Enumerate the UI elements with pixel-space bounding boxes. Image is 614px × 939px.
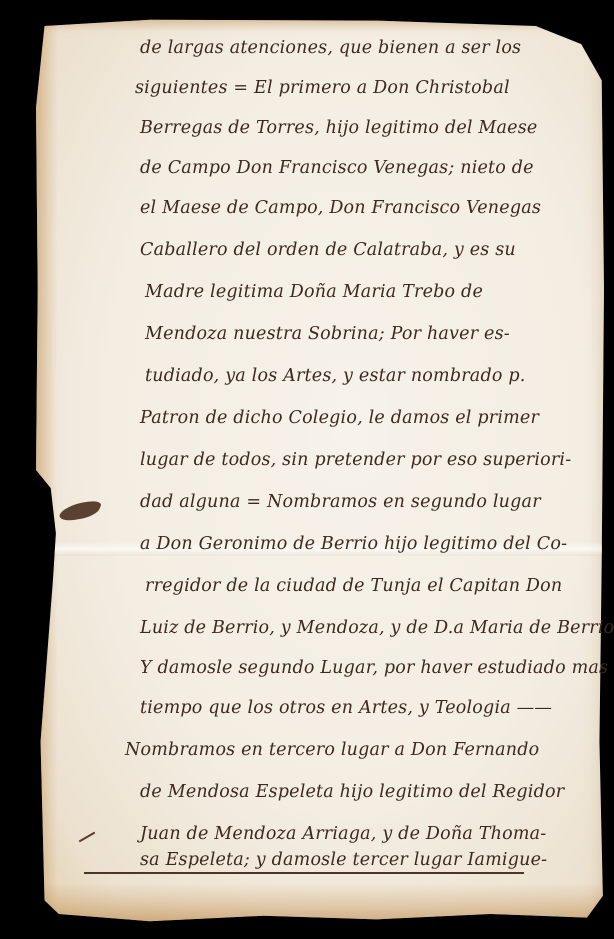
text-line: el Maese de Campo, Don Francisco Venegas xyxy=(140,200,541,218)
text-line: lugar de todos, sin pretender por eso su… xyxy=(140,452,571,470)
text-line: Y damosle segundo Lugar, por haver estud… xyxy=(140,660,608,678)
text-line: a Don Geronimo de Berrio hijo legitimo d… xyxy=(140,536,567,554)
text-line: de largas atenciones, que bienen a ser l… xyxy=(140,40,521,58)
manuscript-text: de largas atenciones, que bienen a ser l… xyxy=(0,0,614,939)
text-line: Luiz de Berrio, y Mendoza, y de D.a Mari… xyxy=(140,620,614,638)
text-line: Madre legitima Doña Maria Trebo de xyxy=(145,284,483,302)
text-line: de Mendosa Espeleta hijo legitimo del Re… xyxy=(140,784,564,802)
text-line: Berregas de Torres, hijo legitimo del Ma… xyxy=(140,120,537,138)
text-line: rregidor de la ciudad de Tunja el Capita… xyxy=(145,578,562,596)
text-line: Juan de Mendoza Arriaga, y de Doña Thoma… xyxy=(140,826,546,844)
text-line: Nombramos en tercero lugar a Don Fernand… xyxy=(125,742,539,760)
closing-underline xyxy=(84,872,524,874)
text-line: Mendoza nuestra Sobrina; Por haver es- xyxy=(145,326,510,344)
text-line: de Campo Don Francisco Venegas; nieto de xyxy=(140,160,534,178)
text-line: sa Espeleta; y damosle tercer lugar Iami… xyxy=(140,852,547,870)
text-line: Patron de dicho Colegio, le damos el pri… xyxy=(140,410,539,428)
text-line: siguientes = El primero a Don Christobal xyxy=(135,80,510,98)
text-line: tiempo que los otros en Artes, y Teologi… xyxy=(140,700,552,718)
text-line: Caballero del orden de Calatraba, y es s… xyxy=(140,242,516,260)
text-line: tudiado, ya los Artes, y estar nombrado … xyxy=(145,368,526,386)
text-line: dad alguna = Nombramos en segundo lugar xyxy=(140,494,541,512)
